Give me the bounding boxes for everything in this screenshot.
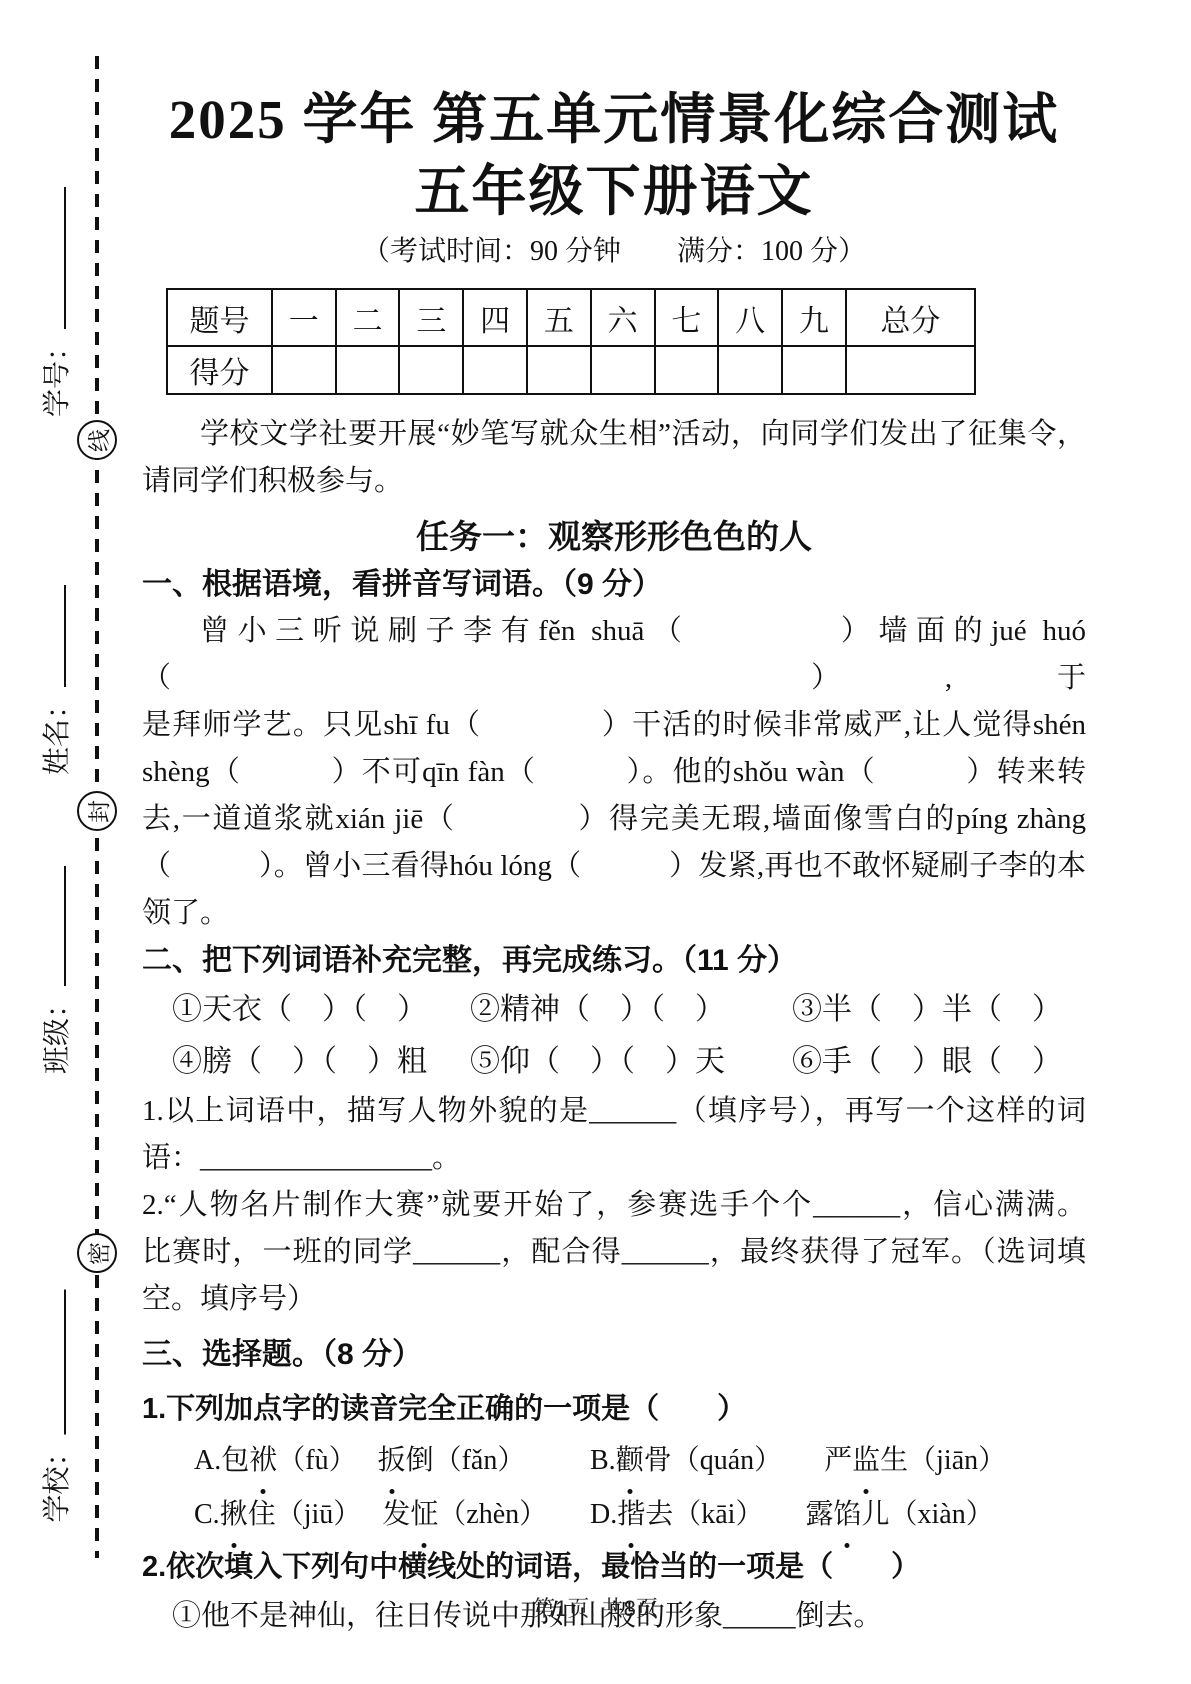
class-label: 班级：	[42, 990, 73, 1074]
passage-line: 去,一道道浆就xián jiē（ ）得完美无瑕,墙面像雪白的píng zhàng	[142, 796, 1086, 843]
section2-q2-line: 空。填序号）	[142, 1276, 1086, 1323]
score-header-cell: 三	[399, 289, 463, 346]
section3-heading: 三、选择题。（8 分）	[142, 1331, 1086, 1378]
score-header-cell: 二	[336, 289, 400, 346]
word-row: ①天衣（ ）（ ） ②精神（ ）（ ） ③半（ ）半（ ）	[142, 984, 1086, 1036]
seal-line-badge: 线	[77, 420, 117, 460]
task1-heading: 任务一：观察形形色色的人	[142, 512, 1086, 561]
section2-q1-line: 1.以上词语中，描写人物外貌的是______（填序号），再写一个这样的词	[142, 1088, 1086, 1135]
word-row: ④膀（ ）（ ）粗 ⑤仰（ ）（ ）天 ⑥手（ ）眼（ ）	[142, 1036, 1086, 1088]
score-header-cell: 八	[718, 289, 782, 346]
passage-line: 是拜师学艺。只见shī fu（ ）干活的时候非常威严,让人觉得shén	[142, 702, 1086, 749]
score-cell	[336, 346, 400, 394]
class-blank	[39, 866, 66, 986]
option-d: D.揩去（kāi） 露馅儿（xiàn）	[590, 1488, 1086, 1542]
score-table-score-row: 得分	[167, 346, 975, 394]
exam-page: 2025 学年 第五单元情景化综合测试 五年级下册语文 （考试时间：90 分钟 …	[142, 84, 1086, 1640]
name-label: 姓名：	[42, 691, 73, 775]
section1-heading: 一、根据语境，看拼音写词语。（9 分）	[142, 561, 1086, 608]
score-header-cell: 五	[527, 289, 591, 346]
section2-q1-line: 语：________________。	[142, 1135, 1086, 1182]
option-a: A.包袱（fù） 扳倒（fǎn）	[194, 1434, 590, 1488]
intro-line: 请同学们积极参与。	[142, 458, 1086, 505]
score-table: 题号 一 二 三 四 五 六 七 八 九 总分 得分	[166, 288, 976, 395]
score-cell	[272, 346, 336, 394]
passage-line: shèng（ ）不可qīn fàn（ ）。他的shǒu wàn（ ）转来转	[142, 749, 1086, 796]
score-cell	[591, 346, 655, 394]
score-header-cell: 总分	[846, 289, 975, 346]
passage-line: （ ）。曾小三看得hóu lóng（ ）发紧,再也不敢怀疑刷子李的本	[142, 843, 1086, 890]
name-blank	[39, 585, 66, 687]
option-row: C.揪住（jiū） 发怔（zhèn） D.揩去（kāi） 露馅儿（xiàn）	[142, 1488, 1086, 1542]
passage-line: 领了。	[142, 890, 1086, 937]
passage-line: 曾小三听说刷子李有fěn shuā（ ）墙面的jué huó（ ）,于	[142, 608, 1086, 702]
exam-title-line2: 五年级下册语文	[142, 156, 1086, 228]
score-header-cell: 四	[463, 289, 527, 346]
score-header-cell: 题号	[167, 289, 272, 346]
score-header-cell: 六	[591, 289, 655, 346]
word-item: ④膀（ ）（ ）粗	[172, 1036, 470, 1088]
option-b: B.颧骨（quán） 严监生（jiān）	[590, 1434, 1086, 1488]
section2-q2-line: 2.“人物名片制作大赛”就要开始了，参赛选手个个______，信心满满。	[142, 1182, 1086, 1229]
student-id-blank	[39, 187, 66, 329]
score-cell	[655, 346, 719, 394]
word-item: ⑥手（ ）眼（ ）	[792, 1036, 1086, 1088]
student-id-label: 学号：	[42, 333, 73, 417]
option-row: A.包袱（fù） 扳倒（fǎn） B.颧骨（quán） 严监生（jiān）	[142, 1434, 1086, 1488]
score-cell	[782, 346, 846, 394]
score-header-cell: 九	[782, 289, 846, 346]
section2-heading: 二、把下列词语补充完整，再完成练习。（11 分）	[142, 937, 1086, 984]
score-cell	[463, 346, 527, 394]
section3-q1-stem: 1.下列加点字的读音完全正确的一项是（ ）	[142, 1384, 1086, 1434]
seal-feng-badge: 封	[77, 791, 117, 831]
word-item: ⑤仰（ ）（ ）天	[470, 1036, 792, 1088]
score-cell	[527, 346, 591, 394]
school-label: 学校：	[42, 1438, 73, 1522]
word-item: ③半（ ）半（ ）	[792, 984, 1086, 1036]
score-header-cell: 七	[655, 289, 719, 346]
score-table-header-row: 题号 一 二 三 四 五 六 七 八 九 总分	[167, 289, 975, 346]
section1-passage: 曾小三听说刷子李有fěn shuā（ ）墙面的jué huó（ ）,于 是拜师学…	[142, 608, 1086, 937]
word-item: ②精神（ ）（ ）	[470, 984, 792, 1036]
score-cell	[846, 346, 975, 394]
seal-mi-badge: 密	[77, 1233, 117, 1273]
section3-q2-stem: 2.依次填入下列句中横线处的词语，最恰当的一项是（ ）	[142, 1542, 1086, 1592]
page-number: 第1页, 共8页	[0, 1592, 1191, 1623]
school-blank	[39, 1289, 66, 1434]
exam-title-line1: 2025 学年 第五单元情景化综合测试	[142, 84, 1086, 156]
intro-paragraph: 学校文学社要开展“妙笔写就众生相”活动，向同学们发出了征集令， 请同学们积极参与…	[142, 411, 1086, 505]
word-item: ①天衣（ ）（ ）	[172, 984, 470, 1036]
section2-q2-line: 比赛时，一班的同学______，配合得______，最终获得了冠军。（选词填	[142, 1229, 1086, 1276]
option-c: C.揪住（jiū） 发怔（zhèn）	[194, 1488, 590, 1542]
score-row-label: 得分	[167, 346, 272, 394]
score-cell	[718, 346, 782, 394]
score-cell	[399, 346, 463, 394]
intro-line: 学校文学社要开展“妙笔写就众生相”活动，向同学们发出了征集令，	[142, 411, 1086, 458]
exam-meta: （考试时间：90 分钟 满分：100 分）	[142, 231, 1086, 273]
score-header-cell: 一	[272, 289, 336, 346]
